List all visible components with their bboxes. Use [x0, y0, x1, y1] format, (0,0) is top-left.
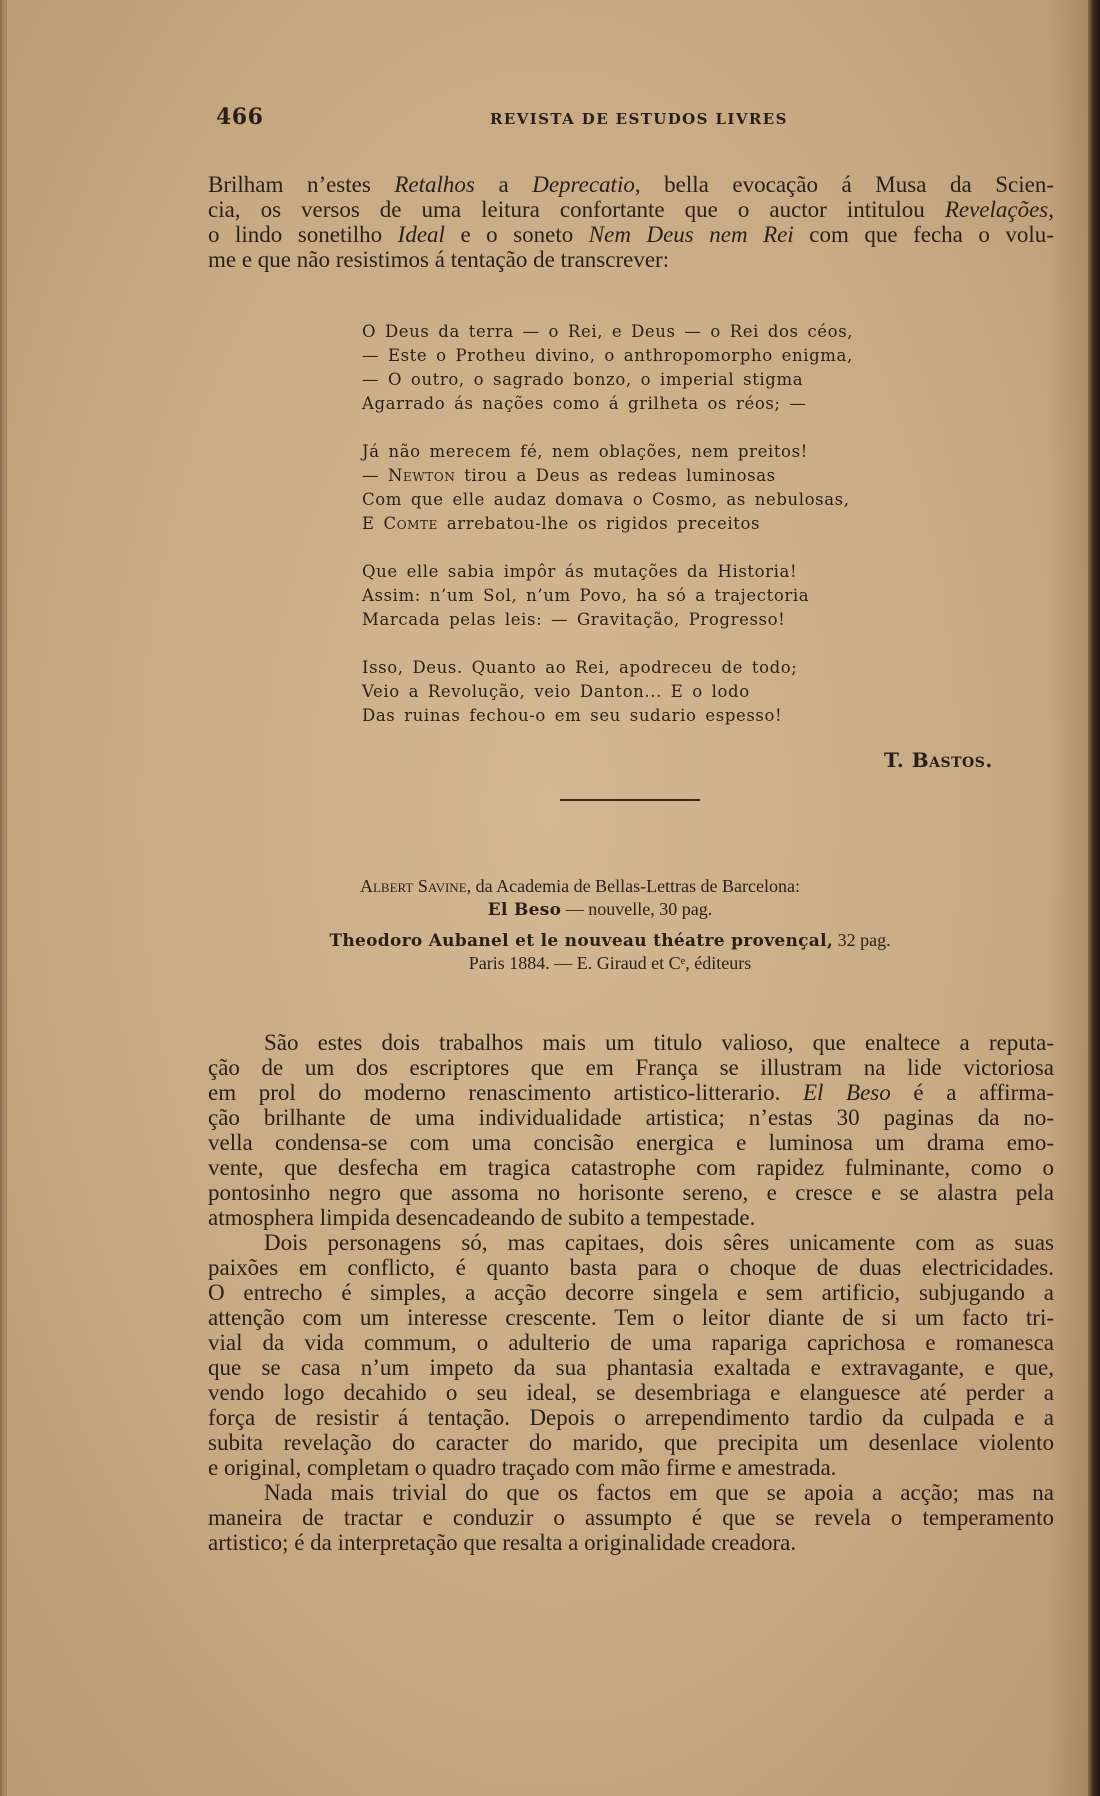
- poem-verse: — Este o Protheu divino, o anthropomorph…: [362, 344, 853, 368]
- poem-verse: Marcada pelas leis: — Gravitação, Progre…: [362, 608, 853, 632]
- poem-verse: O Deus da terra — o Rei, e Deus — o Rei …: [362, 320, 853, 344]
- intro-paragraph: Brilham n’estes Retalhos a Deprecatio, b…: [208, 172, 1054, 272]
- text-segment: que se casa n’um impeto da sua phantasia…: [208, 1355, 1054, 1380]
- poem-verse: Veio a Revolução, veio Danton... E o lod…: [362, 680, 853, 704]
- bib-author-line: Albert Savine, da Academia de Bellas-Let…: [0, 876, 1100, 897]
- text-segment: e o soneto: [445, 222, 589, 247]
- bib-work1-details: — nouvelle, 30 pag.: [561, 899, 712, 919]
- bib-work1-line: El Beso — nouvelle, 30 pag.: [0, 899, 1100, 920]
- text-segment: em prol do moderno renascimento artistic…: [208, 1080, 803, 1105]
- text-segment: com que fecha o volu-: [794, 222, 1054, 247]
- text-segment: maneira de tractar e conduzir o assumpto…: [208, 1505, 1054, 1530]
- italic-title: Retalhos: [394, 172, 475, 197]
- text-line: ção brilhante de uma individualidade art…: [208, 1105, 1054, 1130]
- text-line: pontosinho negro que assoma no horisonte…: [208, 1180, 1054, 1205]
- bib-work1-title: El Beso: [488, 900, 562, 920]
- poem-verse: Agarrado ás nações como á grilheta os ré…: [362, 392, 853, 416]
- text-segment: ção brilhante de uma individualidade art…: [208, 1105, 1054, 1130]
- text-line: cia, os versos de uma leitura confortant…: [208, 197, 1054, 222]
- text-segment: ção de um dos escriptores que em França …: [208, 1055, 1054, 1080]
- text-segment: paixões em conflicto, é quanto basta par…: [208, 1255, 1054, 1280]
- text-line: em prol do moderno renascimento artistic…: [208, 1080, 1054, 1105]
- bib-work2-details: 32 pag.: [833, 930, 891, 950]
- text-line: atmosphera limpida desencadeando de subi…: [208, 1205, 1054, 1230]
- poem-verse: Isso, Deus. Quanto ao Rei, apodreceu de …: [362, 656, 853, 680]
- text-segment: é a affirma-: [891, 1080, 1054, 1105]
- text-segment: vial da vida commum, o adulterio de uma …: [208, 1330, 1054, 1355]
- text-line: o lindo sonetilho Ideal e o soneto Nem D…: [208, 222, 1054, 247]
- text-line: e original, completam o quadro traçado c…: [208, 1455, 1054, 1480]
- text-segment: Nada mais trivial do que os factos em qu…: [264, 1480, 1054, 1505]
- text-segment: , bella evocação á Musa da Scien-: [635, 172, 1054, 197]
- text-line: vial da vida commum, o adulterio de uma …: [208, 1330, 1054, 1355]
- poem-verse: Já não merecem fé, nem oblações, nem pre…: [362, 440, 853, 464]
- text-line: Dois personagens só, mas capitaes, dois …: [208, 1230, 1054, 1255]
- poem: O Deus da terra — o Rei, e Deus — o Rei …: [362, 320, 853, 752]
- text-segment: Brilham n’estes: [208, 172, 394, 197]
- text-segment: me e que não resistimos á tentação de tr…: [208, 247, 669, 272]
- bib-author-suffix: , da Academia de Bellas-Lettras de Barce…: [467, 876, 800, 896]
- bib-work2-line: Theodoro Aubanel et le nouveau théatre p…: [0, 930, 1100, 951]
- text-line: subita revelação do caracter do marido, …: [208, 1430, 1054, 1455]
- poem-stanza: Já não merecem fé, nem oblações, nem pre…: [362, 440, 853, 536]
- text-segment: o lindo sonetilho: [208, 222, 398, 247]
- book-spine: [1088, 0, 1100, 1796]
- text-line: artistico; é da interpretação que resalt…: [208, 1530, 1054, 1555]
- text-line: ção de um dos escriptores que em França …: [208, 1055, 1054, 1080]
- text-line: maneira de tractar e conduzir o assumpto…: [208, 1505, 1054, 1530]
- text-line: que se casa n’um impeto da sua phantasia…: [208, 1355, 1054, 1380]
- text-segment: força de resistir á tentação. Depois o a…: [208, 1405, 1054, 1430]
- text-segment: O entrecho é simples, a acção decorre si…: [208, 1280, 1054, 1305]
- page-number: 466: [216, 104, 263, 130]
- text-segment: a: [475, 172, 532, 197]
- text-segment: ,: [1048, 197, 1054, 222]
- text-segment: attenção com um interesse crescente. Tem…: [208, 1305, 1054, 1330]
- page-left-rule: [6, 0, 7, 1796]
- poem-verse: — O outro, o sagrado bonzo, o imperial s…: [362, 368, 853, 392]
- text-segment: vendo logo decahido o seu ideal, se dese…: [208, 1380, 1054, 1405]
- text-segment: vente, que desfecha em tragica catastrop…: [208, 1155, 1054, 1180]
- text-line: me e que não resistimos á tentação de tr…: [208, 247, 1054, 272]
- italic-title: Revelações: [945, 197, 1048, 222]
- italic-title: Nem Deus nem Rei: [589, 222, 794, 247]
- italic-title: Ideal: [398, 222, 445, 247]
- text-line: attenção com um interesse crescente. Tem…: [208, 1305, 1054, 1330]
- text-line: força de resistir á tentação. Depois o a…: [208, 1405, 1054, 1430]
- poem-stanza: Que elle sabia impôr ás mutações da Hist…: [362, 560, 853, 632]
- text-segment: artistico; é da interpretação que resalt…: [208, 1530, 796, 1555]
- text-line: paixões em conflicto, é quanto basta par…: [208, 1255, 1054, 1280]
- text-segment: Dois personagens só, mas capitaes, dois …: [264, 1230, 1054, 1255]
- italic-title: El Beso: [803, 1080, 891, 1105]
- poem-signature: T. Bastos.: [884, 748, 993, 772]
- text-segment: e original, completam o quadro traçado c…: [208, 1455, 836, 1480]
- text-segment: vella condensa-se com uma concisão energ…: [208, 1130, 1054, 1155]
- spine-shadow: [1048, 0, 1088, 1796]
- review-paragraph: São estes dois trabalhos mais um titulo …: [208, 1030, 1054, 1555]
- poem-verse: Com que elle audaz domava o Cosmo, as ne…: [362, 488, 853, 512]
- text-segment: pontosinho negro que assoma no horisonte…: [208, 1180, 1054, 1205]
- text-line: vendo logo decahido o seu ideal, se dese…: [208, 1380, 1054, 1405]
- text-segment: atmosphera limpida desencadeando de subi…: [208, 1205, 755, 1230]
- text-line: São estes dois trabalhos mais um titulo …: [208, 1030, 1054, 1055]
- bib-work2-title: Theodoro Aubanel et le nouveau théatre p…: [329, 931, 833, 951]
- poem-verse: E Comte arrebatou-lhe os rigidos preceit…: [362, 512, 853, 536]
- section-divider: [560, 799, 700, 801]
- text-line: vella condensa-se com uma concisão energ…: [208, 1130, 1054, 1155]
- text-segment: cia, os versos de uma leitura confortant…: [208, 197, 945, 222]
- poem-verse: — Newton tirou a Deus as redeas luminosa…: [362, 464, 853, 488]
- text-line: vente, que desfecha em tragica catastrop…: [208, 1155, 1054, 1180]
- running-title: REVISTA DE ESTUDOS LIVRES: [490, 110, 788, 128]
- text-line: O entrecho é simples, a acção decorre si…: [208, 1280, 1054, 1305]
- text-segment: São estes dois trabalhos mais um titulo …: [264, 1030, 1054, 1055]
- text-segment: subita revelação do caracter do marido, …: [208, 1430, 1054, 1455]
- poem-stanza: Isso, Deus. Quanto ao Rei, apodreceu de …: [362, 656, 853, 728]
- poem-verse: Das ruinas fechou-o em seu sudario espes…: [362, 704, 853, 728]
- poem-stanza: O Deus da terra — o Rei, e Deus — o Rei …: [362, 320, 853, 416]
- bib-author: Albert Savine: [360, 876, 467, 896]
- poem-verse: Assim: n’um Sol, n’um Povo, ha só a traj…: [362, 584, 853, 608]
- text-line: Brilham n’estes Retalhos a Deprecatio, b…: [208, 172, 1054, 197]
- italic-title: Deprecatio: [532, 172, 635, 197]
- poem-verse: Que elle sabia impôr ás mutações da Hist…: [362, 560, 853, 584]
- bib-publication: Paris 1884. — E. Giraud et Cᵉ, éditeurs: [0, 953, 1100, 974]
- text-line: Nada mais trivial do que os factos em qu…: [208, 1480, 1054, 1505]
